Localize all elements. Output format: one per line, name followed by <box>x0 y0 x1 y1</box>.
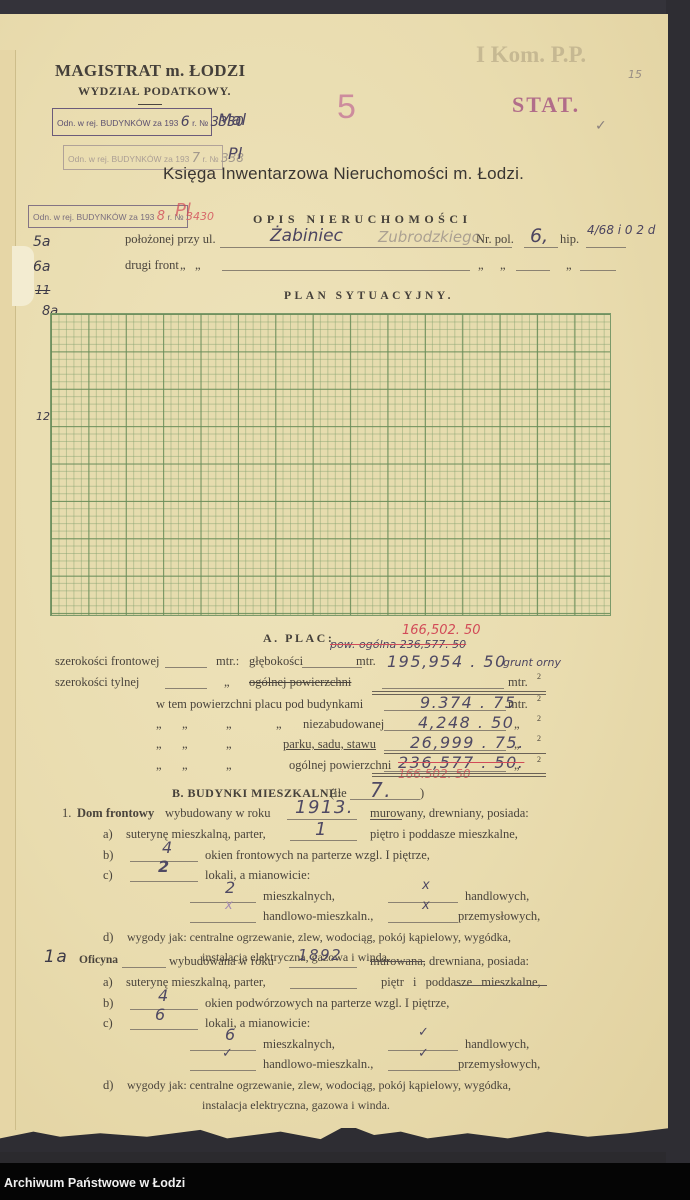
item-label: b) <box>103 848 113 863</box>
built-label: wybudowany w roku <box>165 806 271 821</box>
street-value: Żabiniec <box>270 226 343 246</box>
corner-note: 15 <box>628 68 642 81</box>
industrial-label: przemysłowych, <box>458 1057 540 1072</box>
ditto: „ <box>156 758 162 773</box>
second-front-hip-line <box>580 270 616 271</box>
area-row-value: 4,248 . 50 <box>418 713 514 732</box>
depth-note: grunt orny <box>503 656 561 669</box>
depth-mtr: mtr. <box>356 654 376 669</box>
second-front-nr-line <box>516 270 550 271</box>
archive-name: Archiwum Państwowe w Łodzi <box>4 1176 185 1190</box>
item-label: c) <box>103 868 113 883</box>
item-label: d) <box>103 1078 113 1093</box>
area-row-unit: „ <box>514 758 520 773</box>
nr-pol-label: Nr. pol. <box>476 232 514 247</box>
front-width-line <box>165 667 207 668</box>
depth-value: 195,954 . 50 <box>387 652 507 671</box>
windows-value: 4 <box>162 838 174 857</box>
area-row-unit: „ <box>514 717 520 732</box>
mixed-value: ✓ <box>222 1046 234 1061</box>
red-stamp-number: 5 <box>337 88 356 127</box>
ditto: „ <box>226 737 232 752</box>
item-text: okien frontowych na parterze wzgl. I pię… <box>205 848 430 863</box>
square-sup: 2 <box>537 714 541 723</box>
total-area-label-struck: ogólnej powierzchni <box>249 675 351 690</box>
building-name-line <box>122 967 166 968</box>
margin-note: 6a <box>33 259 51 275</box>
area-row-value: 9.374 . 75 <box>420 693 516 712</box>
margin-note: 5a <box>33 234 51 250</box>
building-name: Dom frontowy <box>77 806 154 821</box>
stamp-signature: Pl <box>228 144 242 163</box>
units-line <box>130 1029 198 1030</box>
square-sup: 2 <box>537 734 541 743</box>
item-label: c) <box>103 1016 113 1031</box>
depth-line <box>302 667 362 668</box>
stamp-text: Odn. w rej. BUDYNKÓW za 193 <box>68 154 189 164</box>
commercial-label: handlowych, <box>465 1037 529 1052</box>
item-text: suterynę mieszkalną, parter, <box>126 975 266 990</box>
item-tail: piętro i poddasze mieszkalne, <box>370 827 518 842</box>
institution-name: MAGISTRAT m. ŁODZI <box>55 61 245 81</box>
ditto: „ <box>182 737 188 752</box>
stamp-signature: Mal <box>218 110 246 129</box>
units-value: 2 <box>158 857 171 876</box>
rear-width-label: szerokości tylnej <box>55 675 139 690</box>
hip-value: 4/68 i 0 2 d <box>587 223 655 237</box>
built-label: wybudowana w roku <box>169 954 274 969</box>
ditto: „ <box>226 717 232 732</box>
nr-pol-line <box>524 247 558 248</box>
mixed-line <box>190 1070 256 1071</box>
situation-plan-grid <box>50 313 611 616</box>
building-name: Oficyna <box>79 954 118 966</box>
residential-label: mieszkalnych, <box>263 1037 335 1052</box>
ditto: „ <box>195 258 201 273</box>
ditto: „ <box>156 737 162 752</box>
ditto: „ <box>226 758 232 773</box>
plan-heading: PLAN SYTUACYJNY. <box>284 290 454 302</box>
area-row-label: parku, sadu, stawu <box>283 737 376 752</box>
count-value: 7. <box>370 778 392 802</box>
plac-note-struck: pow. ogólna 236,577. 50 <box>330 638 466 651</box>
plac-heading: A. PLAC: <box>263 631 334 646</box>
windows-value: 4 <box>158 986 170 1005</box>
building-year: 1913. <box>295 797 354 818</box>
stat-stamp: STAT. <box>512 92 580 118</box>
stamp-text: Odn. w rej. BUDYNKÓW za 193 <box>33 212 154 222</box>
mixed-label: handlowo-mieszkaln., <box>263 1057 373 1072</box>
margin-note: 12 <box>36 410 50 423</box>
item-label: d) <box>103 930 113 945</box>
registry-stamp-1: Odn. w rej. BUDYNKÓW za 193 6 r. № 3330 <box>52 108 212 136</box>
registry-stamp-3: Odn. w rej. BUDYNKÓW za 193 8 r. № 3430 <box>28 205 188 228</box>
second-front-label: drugi front <box>125 258 179 273</box>
check-mark-icon: ✓ <box>595 118 607 134</box>
industrial-line <box>388 1070 458 1071</box>
residential-label: mieszkalnych, <box>263 889 335 904</box>
ditto: „ <box>224 675 230 690</box>
building-index: 1a <box>44 947 68 967</box>
item-label: a) <box>103 827 113 842</box>
front-width-label: szerokości frontowej <box>55 654 159 669</box>
ditto: „ <box>180 258 186 273</box>
item-text: lokali, a mianowicie: <box>205 1016 310 1031</box>
building-index: 1. <box>62 806 71 821</box>
stamp-year: 8 <box>157 209 165 224</box>
floors-value: 1 <box>315 819 328 840</box>
plac-red-total: 166,502. 50 <box>402 623 481 638</box>
area-row-label: niezabudowanej <box>303 717 384 732</box>
opis-heading: OPIS NIERUCHOMOŚCI <box>253 212 472 227</box>
count-close: ) <box>420 786 424 801</box>
mixed-line <box>190 922 256 923</box>
item-text: okien podwórzowych na parterze wzgl. I p… <box>205 996 449 1011</box>
street-label: położonej przy ul. <box>125 232 216 247</box>
ditto: „ <box>182 758 188 773</box>
archive-footer: Archiwum Państwowe w Łodzi <box>0 1163 690 1200</box>
material-strike <box>370 961 425 962</box>
margin-note: 11 <box>35 283 50 297</box>
commercial-label: handlowych, <box>465 889 529 904</box>
ditto: „ <box>182 717 188 732</box>
residential-line <box>190 902 256 903</box>
item-label: b) <box>103 996 113 1011</box>
scan-background-right <box>666 0 690 1170</box>
total-area-line <box>382 688 504 689</box>
area-row-unit: mtr. <box>508 697 528 712</box>
stamp-text: Odn. w rej. BUDYNKÓW za 193 <box>57 118 178 128</box>
ditto: „ <box>156 717 162 732</box>
paper-tear <box>12 246 34 306</box>
amenities-text: wygody jak: centralne ogrzewanie, zlew, … <box>127 1078 511 1093</box>
paper-fold <box>0 50 16 1130</box>
second-front-line <box>222 270 470 271</box>
industrial-label: przemysłowych, <box>458 909 540 924</box>
item-label: a) <box>103 975 113 990</box>
mtr-label: mtr.: <box>216 654 239 669</box>
hip-label: hip. <box>560 232 579 247</box>
street-value-faded: Zubrodzkiego <box>378 228 481 246</box>
amenities-text-2: instalacja elektryczna, gazowa i winda. <box>202 1098 390 1113</box>
item-text: suterynę mieszkalną, parter, <box>126 827 266 842</box>
mixed-value: x <box>225 898 234 913</box>
residential-value: 6 <box>225 1025 237 1044</box>
plac-note-text: pow. ogólna 236,577. 50 <box>330 638 466 651</box>
amenities-text: wygody jak: centralne ogrzewanie, zlew, … <box>127 930 511 945</box>
industrial-value: x <box>422 898 431 913</box>
mixed-label: handlowo-mieszkaln., <box>263 909 373 924</box>
industrial-line <box>388 922 458 923</box>
year-line <box>289 967 357 968</box>
depth-label: głębokości <box>249 654 303 669</box>
floors-line <box>290 988 357 989</box>
item-text: lokali, a mianowicie: <box>205 868 310 883</box>
divider <box>138 104 162 105</box>
material-underline <box>370 819 402 820</box>
residential-value: 2 <box>225 878 237 897</box>
attic-underline <box>455 985 547 986</box>
rear-width-line <box>165 688 207 689</box>
department-name: WYDZIAŁ PODATKOWY. <box>78 84 231 99</box>
area-row-value: 26,999 . 75. <box>410 733 525 752</box>
industrial-value: ✓ <box>418 1046 430 1061</box>
area-row-unit: „ <box>514 737 520 752</box>
street-field-line <box>220 247 512 248</box>
ditto: „ <box>478 258 484 273</box>
units-value: 6 <box>155 1005 167 1024</box>
stamp-signature: Pl <box>175 200 191 221</box>
stamp-nr-label: r. № <box>192 118 208 128</box>
floors-line <box>290 840 357 841</box>
stamp-nr-label: r. № <box>202 154 218 164</box>
ditto: „ <box>500 258 506 273</box>
units-line <box>130 881 198 882</box>
square-sup: 2 <box>537 694 541 703</box>
double-underline <box>372 773 546 777</box>
total-area-mtr: mtr. <box>508 675 528 690</box>
nr-pol-value: 6, <box>530 225 548 247</box>
commercial-value: x <box>422 878 431 893</box>
square-sup: 2 <box>537 672 541 681</box>
building-year: 1892 <box>298 946 342 964</box>
hip-line <box>586 247 626 248</box>
ditto: „ <box>566 258 572 273</box>
commercial-value: ✓ <box>418 1025 430 1040</box>
ditto: „ <box>276 717 282 732</box>
document-title: Księga Inwentarzowa Nieruchomości m. Łod… <box>163 164 524 184</box>
stamp-year: 6 <box>181 114 190 130</box>
area-row-label: w tem powierzchni placu pod budynkami <box>156 697 363 712</box>
item-tail: piętr i poddasze mieszkalne, <box>381 975 541 990</box>
faded-stamp: I Kom. P.P. <box>476 42 586 68</box>
area-row-label: ogólnej powierzchni <box>289 758 391 773</box>
square-sup: 2 <box>537 755 541 764</box>
